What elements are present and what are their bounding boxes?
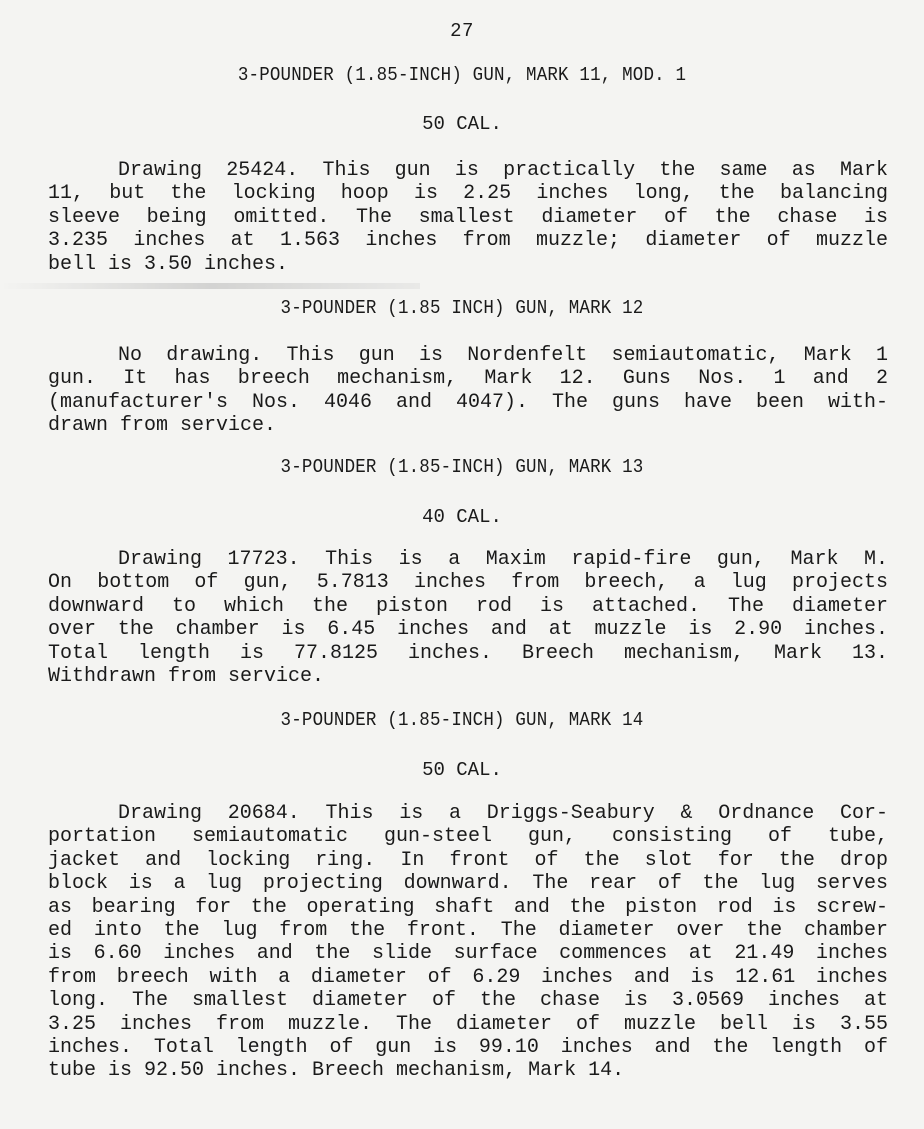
section-heading-mark-12: 3-POUNDER (1.85 INCH) GUN, MARK 12	[37, 297, 887, 319]
body-line: long. The smallest diameter of the chase…	[48, 989, 888, 1012]
body-line: is 6.60 inches and the slide surface com…	[48, 942, 888, 965]
body-line: sleeve being omitted. The smallest diame…	[48, 206, 888, 229]
document-page: 27 3-POUNDER (1.85-INCH) GUN, MARK 11, M…	[0, 0, 924, 1129]
scan-smudge	[0, 283, 420, 289]
section-heading-mark-14: 3-POUNDER (1.85-INCH) GUN, MARK 14	[37, 709, 887, 731]
body-line: Total length is 77.8125 inches. Breech m…	[48, 642, 888, 665]
body-line: On bottom of gun, 5.7813 inches from bre…	[48, 571, 888, 594]
section-caliber-mark-13: 40 CAL.	[0, 506, 924, 528]
section-heading-mark-13: 3-POUNDER (1.85-INCH) GUN, MARK 13	[37, 456, 887, 478]
body-line: portation semiautomatic gun-steel gun, c…	[48, 825, 888, 848]
body-line: Drawing 25424. This gun is practically t…	[48, 159, 888, 182]
section-caliber-mark-11: 50 CAL.	[0, 113, 924, 135]
body-line: gun. It has breech mechanism, Mark 12. G…	[48, 367, 888, 390]
section-body-mark-14: Drawing 20684. This is a Driggs-Seabury …	[48, 802, 888, 1083]
body-line: 3.25 inches from muzzle. The diameter of…	[48, 1013, 888, 1036]
body-line: ed into the lug from the front. The diam…	[48, 919, 888, 942]
body-line: over the chamber is 6.45 inches and at m…	[48, 618, 888, 641]
body-line: tube is 92.50 inches. Breech mechanism, …	[48, 1059, 888, 1082]
body-line: No drawing. This gun is Nordenfelt semia…	[48, 344, 888, 367]
body-line: from breech with a diameter of 6.29 inch…	[48, 966, 888, 989]
section-caliber-mark-14: 50 CAL.	[0, 759, 924, 781]
body-line: bell is 3.50 inches.	[48, 253, 888, 276]
body-line: inches. Total length of gun is 99.10 inc…	[48, 1036, 888, 1059]
body-line: 3.235 inches at 1.563 inches from muzzle…	[48, 229, 888, 252]
section-body-mark-13: Drawing 17723. This is a Maxim rapid-fir…	[48, 548, 888, 688]
body-line: 11, but the locking hoop is 2.25 inches …	[48, 182, 888, 205]
body-line: block is a lug projecting downward. The …	[48, 872, 888, 895]
section-body-mark-12: No drawing. This gun is Nordenfelt semia…	[48, 344, 888, 438]
body-line: (manufacturer's Nos. 4046 and 4047). The…	[48, 391, 888, 414]
section-heading-mark-11: 3-POUNDER (1.85-INCH) GUN, MARK 11, MOD.…	[37, 64, 887, 86]
body-line: jacket and locking ring. In front of the…	[48, 849, 888, 872]
body-line: Drawing 20684. This is a Driggs-Seabury …	[48, 802, 888, 825]
body-line: as bearing for the operating shaft and t…	[48, 896, 888, 919]
page-number: 27	[0, 20, 924, 42]
body-line: Withdrawn from service.	[48, 665, 888, 688]
body-line: Drawing 17723. This is a Maxim rapid-fir…	[48, 548, 888, 571]
section-body-mark-11: Drawing 25424. This gun is practically t…	[48, 159, 888, 276]
body-line: downward to which the piston rod is atta…	[48, 595, 888, 618]
body-line: drawn from service.	[48, 414, 888, 437]
